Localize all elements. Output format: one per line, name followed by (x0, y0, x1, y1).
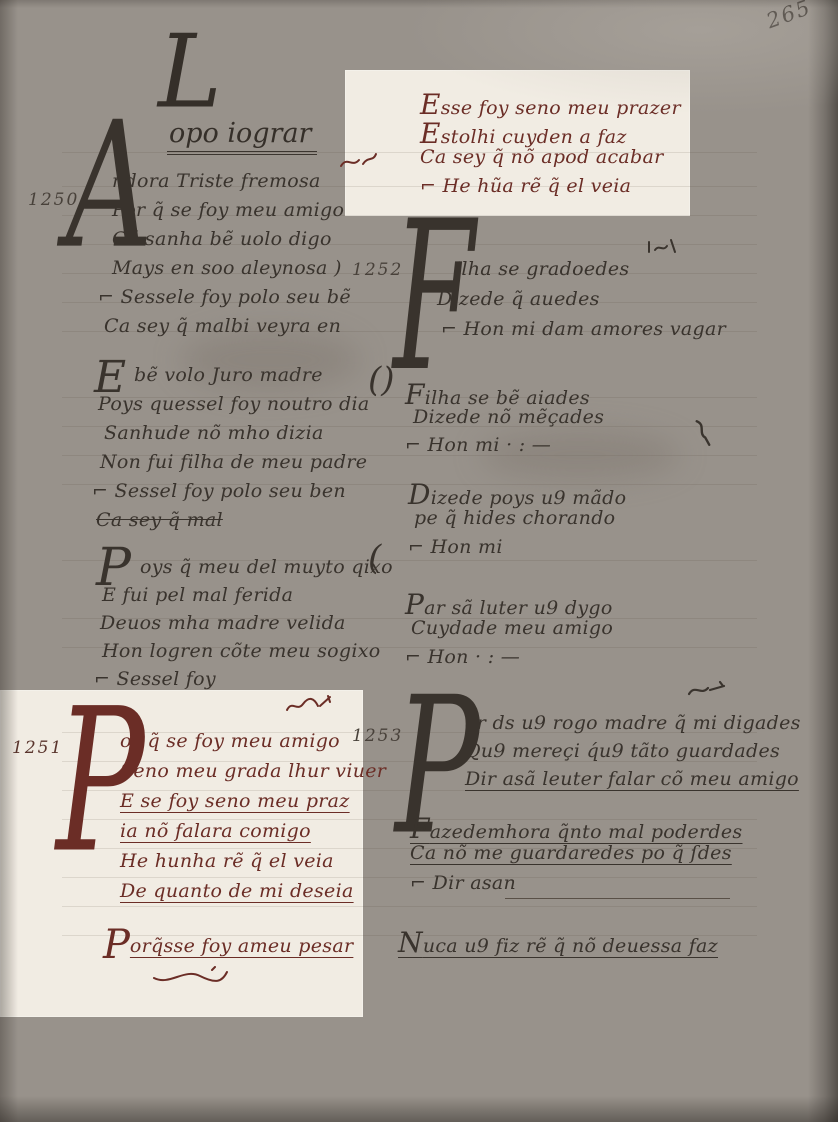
verse-line-struck: Ca sey q̃ mal (96, 509, 370, 538)
verse-line: Par sã luter u9 dygo (405, 588, 613, 617)
verse-line: ⌐ Sessel foy polo seu ben (92, 480, 370, 509)
stanza-1252: F ilha se gradoedes Dizede q̃ auedes ⌐ H… (455, 258, 726, 348)
verse-line: ia nõ falara comigo (120, 820, 386, 850)
verse-line: E fui pel mal ferida (102, 584, 393, 612)
verse-line: E se foy seno meu praz (120, 790, 386, 820)
margin-scribble-icon (645, 236, 681, 258)
verse-line: or ds u9 rogo madre q̃ mi digades (465, 712, 801, 740)
verse-line: Esse foy seno meu prazer (420, 88, 681, 117)
verse-line: Poys quessel foy noutro dia (98, 393, 370, 422)
margin-paren-mark: () (368, 360, 395, 400)
stanza-filha-se-be: Filha se bẽ aiades Dizede nõ mẽçades ⌐ H… (405, 378, 604, 462)
verse-line: Dir asã leuter falar cõ meu amigo (465, 768, 801, 796)
margin-scribble-icon (338, 150, 378, 172)
stanza-initial: P (96, 548, 131, 590)
verse-line: He hunha rẽ q̃ el veia (120, 850, 386, 880)
page-title: opo iograr (167, 118, 317, 155)
verse-line: pe q̃ hides chorando (414, 507, 626, 536)
verse-line: ilha se gradoedes (455, 258, 726, 288)
verse-line: bẽ volo Juro madre (134, 364, 370, 393)
verse-line: Deuos mha madre velida (100, 612, 393, 640)
stanza-dizede-poys: Dizede poys u9 mãdo pe q̃ hides chorando… (408, 478, 626, 565)
verse-line: Sanhude nõ mho dizia (104, 422, 370, 451)
verse-line: Nuca u9 fiz rẽ q̃ nõ deuessa faz (398, 926, 718, 959)
verse-line: Seno meu grada lhur viuer (120, 760, 386, 790)
flourished-initial: P (56, 704, 145, 862)
verse-line: Hon logren cõte meu sogixo (102, 640, 393, 668)
verse-line: or q̃ se foy meu amigo (120, 730, 386, 760)
verse-line: Filha se bẽ aiades (405, 378, 604, 406)
verse-line: Dizede q̃ auedes (437, 288, 726, 318)
stanza-1251-coda: Porq̃sse foy ameu pesar (103, 922, 353, 968)
verse-line: oys q̃ meu del muyto qixo (140, 556, 393, 584)
heading-initial: L (158, 22, 222, 123)
stanza-1250: A ndora Triste fremosa Por q̃ se foy meu… (112, 170, 351, 344)
verse-line: Fazedemhora q̃nto mal poderdes (410, 812, 743, 842)
verse-line: Dizede poys u9 mãdo (408, 478, 626, 507)
stanza-initial: P (103, 922, 130, 968)
manuscript-page: 265 L opo iograr 1250 1252 1251 1253 A n… (0, 0, 838, 1122)
stanza-initial: E (94, 360, 126, 395)
flourished-initial: F (393, 214, 475, 379)
margin-scribble-icon (284, 692, 332, 716)
margin-scribble-icon (692, 417, 713, 450)
verse-line: ⌐ Sessele foy polo seu bẽ (98, 286, 351, 315)
margin-paren-mark: ( (368, 538, 381, 578)
stanza-poys: P oys q̃ meu del muyto qixo E fui pel ma… (140, 556, 393, 696)
verse-line: Estolhi cuyden a faz (420, 117, 681, 146)
flourished-initial: A (66, 118, 153, 257)
margin-scribble-icon (686, 678, 728, 700)
stanza-1251: P or q̃ se foy meu amigo Seno meu grada … (120, 730, 386, 910)
stanza-fazede-mhora: Fazedemhora q̃nto mal poderdes Ca nõ me … (410, 812, 743, 902)
verse-line: Ca nõ me guardaredes po q̃ ſdes (410, 842, 743, 872)
verse-line: ⌐ Hon mi · : — (405, 434, 604, 462)
verse-line: Non fui filha de meu padre (100, 451, 370, 480)
verse-line: orq̃sse foy ameu pesar (130, 935, 353, 957)
verse-line: Cuydade meu amigo (411, 617, 613, 646)
trailing-rule (505, 898, 730, 899)
verse-line: Ca sey q̃ nõ apod acabar (420, 146, 681, 175)
verse-line: ⌐ Hon mi (408, 536, 626, 565)
verse-line: Qu9 mereçi q́u9 tãto guardades (465, 740, 801, 768)
verse-line: Dizede nõ mẽçades (413, 406, 604, 434)
verse-line: Ca sey q̃ malbi veyra en (104, 315, 351, 344)
verse-line: ⌐ Hon mi dam amores vagar (441, 318, 726, 348)
final-verse: Nuca u9 fiz rẽ q̃ nõ deuessa faz (398, 926, 718, 959)
stanza-e-be-volo: E bẽ volo Juro madre Poys quessel foy no… (134, 364, 370, 538)
stanza-1253: P or ds u9 rogo madre q̃ mi digades Qu9 … (465, 712, 801, 796)
pen-flourish-icon (150, 966, 230, 986)
folio-number: 265 (763, 0, 815, 33)
verse-line: De quanto de mi deseia (120, 880, 386, 910)
